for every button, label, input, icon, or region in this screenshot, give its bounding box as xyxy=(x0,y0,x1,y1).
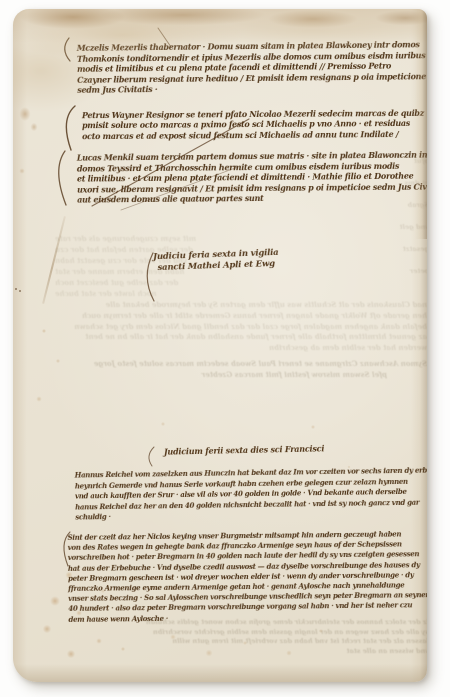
bleedthrough-middle: nad Clauskonis der alt Schultis was uffi… xyxy=(55,300,427,354)
initial-bracket-entry1 xyxy=(65,38,70,61)
paper-crease xyxy=(42,216,66,304)
bleedthrough-line: gesatzt xyxy=(395,238,427,260)
entry-line: sedm Jus Civitatis · xyxy=(77,82,426,96)
session-heading-francisci: Judicium ferii sexta dies sci Francisci xyxy=(149,443,339,457)
bleedthrough-line: vnd gelt xyxy=(395,216,427,238)
bleedthrough-line: hen gerade oft Wolkir gnade langen ferne… xyxy=(55,311,427,322)
court-entry-2: Petrus Wayner Resignor se teneri pfato N… xyxy=(82,108,424,142)
court-entry-5: Sint der czeit daz her Niclos keying vns… xyxy=(68,529,427,625)
bleedthrough-line: pfel Sswam misrow festini fmit marcas Gz… xyxy=(113,369,427,380)
court-entry-3: Lucas Menkil suam terciam partem domus s… xyxy=(77,149,427,205)
court-entry-4: Hannus Reichel vom zaselzken aus Hunczin… xyxy=(75,466,427,524)
bleedthrough-line: der daz selbe gut besiczet noch xyxy=(55,277,427,288)
manuscript-page: mit seym czugehorunge als der rate der s… xyxy=(13,9,427,682)
margin-dot xyxy=(19,290,21,292)
court-entry-1: Mczelis Mezerlis thabernator · Domu suam… xyxy=(77,39,426,96)
bleedthrough-line: lassen alz der stat recht ist vnd habn d… xyxy=(113,637,427,647)
bleedthrough-line: sy alle dez hawz wegen an der langin gas… xyxy=(113,628,427,638)
bleedthrough-entry: Symon Aschwanz Czirgmane se teneri Paul … xyxy=(113,358,427,380)
bleedthrough-line: mit seym czugehorunge als der rate xyxy=(55,233,427,244)
initial-bracket-entry3 xyxy=(59,151,66,205)
session-heading-vigilia-mathei: Judiciu feria sexta in vigilia sancti Ma… xyxy=(131,247,302,275)
bleedthrough-line: peter xyxy=(395,260,427,282)
bleedthrough-line: vnd wissen an alle stat xyxy=(113,647,427,657)
entry-line: aut eiusdem domus alie quatuor partes su… xyxy=(77,192,427,206)
bleedthrough-line: werden hat der selbin dem ab geschribn xyxy=(55,343,427,354)
entry-line: octo marcas et ad expost sicud festum sc… xyxy=(82,129,424,142)
bleedthrough-line: az genuet hirmitten forthalb alle ferner… xyxy=(55,332,427,343)
bleedthrough-line: noch lawte der stat buche xyxy=(55,288,427,299)
initial-bracket-entry2 xyxy=(66,106,75,150)
bleedthrough-line: Symon Aschwanz Czirgmane se teneri Paul … xyxy=(113,358,427,369)
bleedthrough-line: befaln dank angehen magdalen forge czal … xyxy=(55,322,427,333)
margin-dot xyxy=(15,288,17,290)
bleedthrough-line: nad Clauskonis der alt Schultis was uffi… xyxy=(55,300,427,311)
heading-line: Judicium ferii sexta dies sci Francisci xyxy=(149,443,339,457)
